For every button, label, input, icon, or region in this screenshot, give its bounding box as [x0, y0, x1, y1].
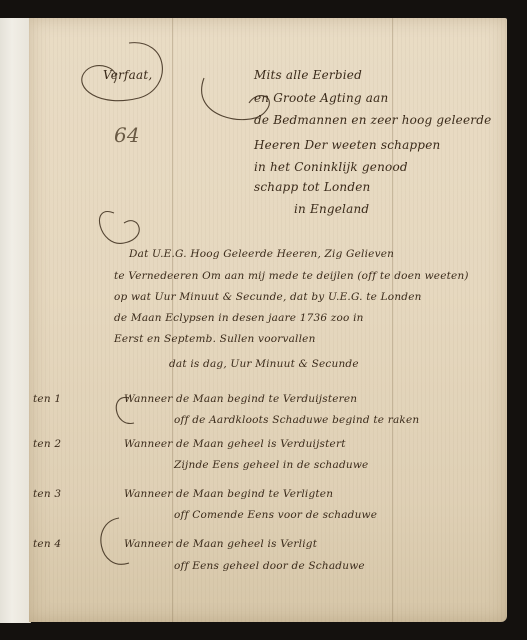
item-label: ten 3 — [33, 488, 61, 500]
body-line: dat is dag, Uur Minuut & Secunde — [169, 358, 359, 370]
item-line: Wanneer de Maan geheel is Verduijstert — [124, 438, 346, 450]
item-label: ten 4 — [33, 538, 61, 550]
item-line: Zijnde Eens geheel in de schaduwe — [174, 459, 368, 471]
address-line: en Groote Agting aan — [254, 91, 388, 105]
body-line: te Vernedeeren Om aan mij mede te deijle… — [114, 270, 469, 282]
body-line: Dat U.E.G. Hoog Geleerde Heeren, Zig Gel… — [129, 248, 394, 260]
left-paper-strip — [0, 18, 31, 623]
address-left-label: Verfaat, — [103, 68, 152, 82]
body-line: Eerst en Septemb. Sullen voorvallen — [114, 333, 316, 345]
address-line: de Bedmannen en zeer hoog geleerde — [254, 113, 491, 127]
item-line: Wanneer de Maan begind te Verligten — [124, 488, 333, 500]
manuscript-page: Verfaat, 64 Mits alle Eerbied en Groote … — [29, 18, 507, 622]
item-line: Wanneer de Maan geheel is Verligt — [124, 538, 317, 550]
item-label: ten 1 — [33, 393, 61, 405]
address-line: schapp tot Londen — [254, 180, 370, 194]
body-line: op wat Uur Minuut & Secunde, dat by U.E.… — [114, 291, 422, 303]
address-line: in Engeland — [294, 202, 369, 216]
address-line: in het Coninklijk genood — [254, 160, 408, 174]
item-line: off Comende Eens voor de schaduwe — [174, 509, 377, 521]
address-line: Heeren Der weeten schappen — [254, 138, 440, 152]
address-line: Mits alle Eerbied — [254, 68, 362, 82]
item-line: off de Aardkloots Schaduwe begind te rak… — [174, 414, 419, 426]
body-line: de Maan Eclypsen in desen jaare 1736 zoo… — [114, 312, 364, 324]
page-number: 64 — [114, 123, 140, 147]
item-label: ten 2 — [33, 438, 61, 450]
item-line: off Eens geheel door de Schaduwe — [174, 560, 365, 572]
item-line: Wanneer de Maan begind te Verduijsteren — [124, 393, 357, 405]
fold-line — [392, 18, 393, 622]
